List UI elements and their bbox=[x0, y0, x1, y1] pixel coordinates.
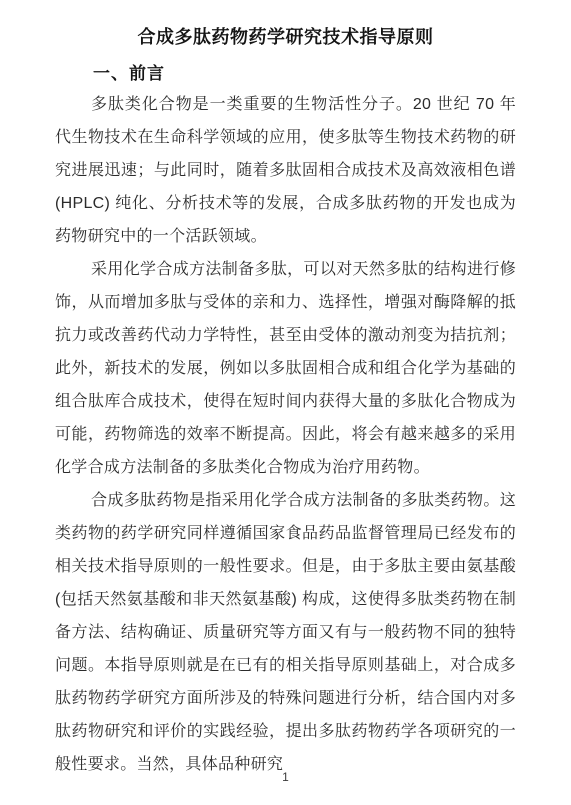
paragraph-2: 采用化学合成方法制备多肽，可以对天然多肽的结构进行修饰，从而增加多肽与受体的亲和… bbox=[55, 253, 516, 484]
page-number: 1 bbox=[0, 770, 571, 784]
section-heading-foreword: 一、前言 bbox=[55, 62, 516, 86]
document-page: 合成多肽药物药学研究技术指导原则 一、前言 多肽类化合物是一类重要的生物活性分子… bbox=[0, 0, 571, 805]
paragraph-3: 合成多肽药物是指采用化学合成方法制备的多肽类药物。这类药物的药学研究同样遵循国家… bbox=[55, 484, 516, 781]
paragraph-1: 多肽类化合物是一类重要的生物活性分子。20 世纪 70 年代生物技术在生命科学领… bbox=[55, 88, 516, 253]
document-title: 合成多肽药物药学研究技术指导原则 bbox=[55, 25, 516, 49]
document-body: 多肽类化合物是一类重要的生物活性分子。20 世纪 70 年代生物技术在生命科学领… bbox=[55, 88, 516, 781]
